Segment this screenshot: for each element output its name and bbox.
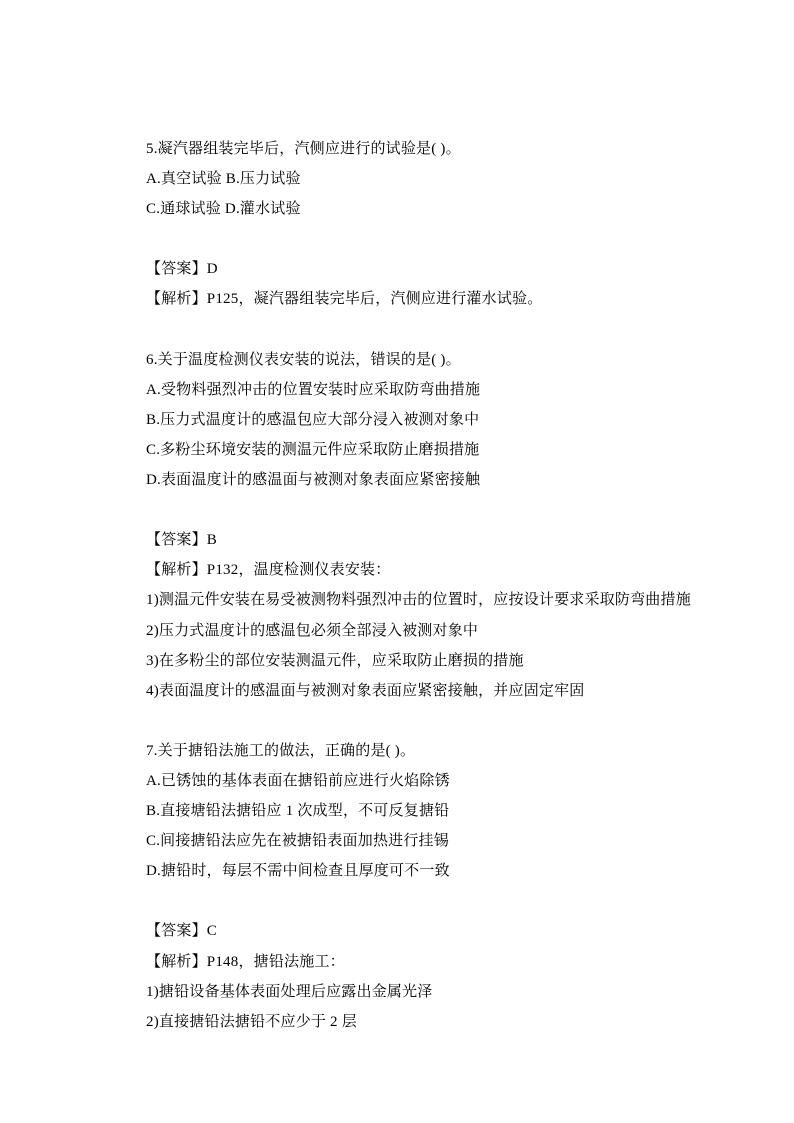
question-7-option-a: A.已锈蚀的基体表面在搪铅前应进行火焰除锈 (146, 766, 726, 796)
question-6-analysis-point-4: 4)表面温度计的感温面与被测对象表面应紧密接触，并应固定牢固 (146, 676, 726, 706)
question-6-analysis-point-2: 2)压力式温度计的感温包必须全部浸入被测对象中 (146, 616, 726, 646)
question-6-analysis-point-3: 3)在多粉尘的部位安装测温元件，应采取防止磨损的措施 (146, 646, 726, 676)
question-6-option-c: C.多粉尘环境安装的测温元件应采取防止磨损措施 (146, 435, 726, 465)
question-7-option-b: B.直接塘铅法搪铅应 1 次成型，不可反复搪铅 (146, 796, 726, 826)
document-page: 5.凝汽器组装完毕后，汽侧应进行的试验是( )。 A.真空试验 B.压力试验 C… (0, 0, 794, 1123)
question-7-analysis-title: 【解析】P148，搪铅法施工： (146, 947, 726, 977)
question-6-analysis-title: 【解析】P132，温度检测仪表安装： (146, 555, 726, 585)
question-5-options-ab: A.真空试验 B.压力试验 (146, 164, 726, 194)
question-5-stem: 5.凝汽器组装完毕后，汽侧应进行的试验是( )。 (146, 134, 726, 164)
document-content: 5.凝汽器组装完毕后，汽侧应进行的试验是( )。 A.真空试验 B.压力试验 C… (146, 134, 726, 1037)
question-6-option-b: B.压力式温度计的感温包应大部分浸入被测对象中 (146, 405, 726, 435)
question-6-stem: 6.关于温度检测仪表安装的说法，错误的是( )。 (146, 345, 726, 375)
question-5-analysis: 【解析】P125，凝汽器组装完毕后，汽侧应进行灌水试验。 (146, 284, 726, 314)
question-6-analysis-point-1: 1)测温元件安装在易受被测物料强烈冲击的位置时，应按设计要求采取防弯曲措施 (146, 585, 726, 615)
question-7-answer: 【答案】C (146, 916, 726, 946)
question-5-answer: 【答案】D (146, 254, 726, 284)
question-7-stem: 7.关于搪铅法施工的做法，正确的是( )。 (146, 736, 726, 766)
question-6-option-a: A.受物料强烈冲击的位置安装时应采取防弯曲措施 (146, 375, 726, 405)
question-7-analysis-point-1: 1)搪铅设备基体表面处理后应露出金属光泽 (146, 977, 726, 1007)
question-7-analysis-point-2: 2)直接搪铅法搪铅不应少于 2 层 (146, 1007, 726, 1037)
question-6-option-d: D.表面温度计的感温面与被测对象表面应紧密接触 (146, 465, 726, 495)
question-7-option-c: C.间接搪铅法应先在被搪铅表面加热进行挂锡 (146, 826, 726, 856)
question-6-answer: 【答案】B (146, 525, 726, 555)
question-5-options-cd: C.通球试验 D.灌水试验 (146, 194, 726, 224)
question-7-option-d: D.搪铅时，每层不需中间检查且厚度可不一致 (146, 856, 726, 886)
